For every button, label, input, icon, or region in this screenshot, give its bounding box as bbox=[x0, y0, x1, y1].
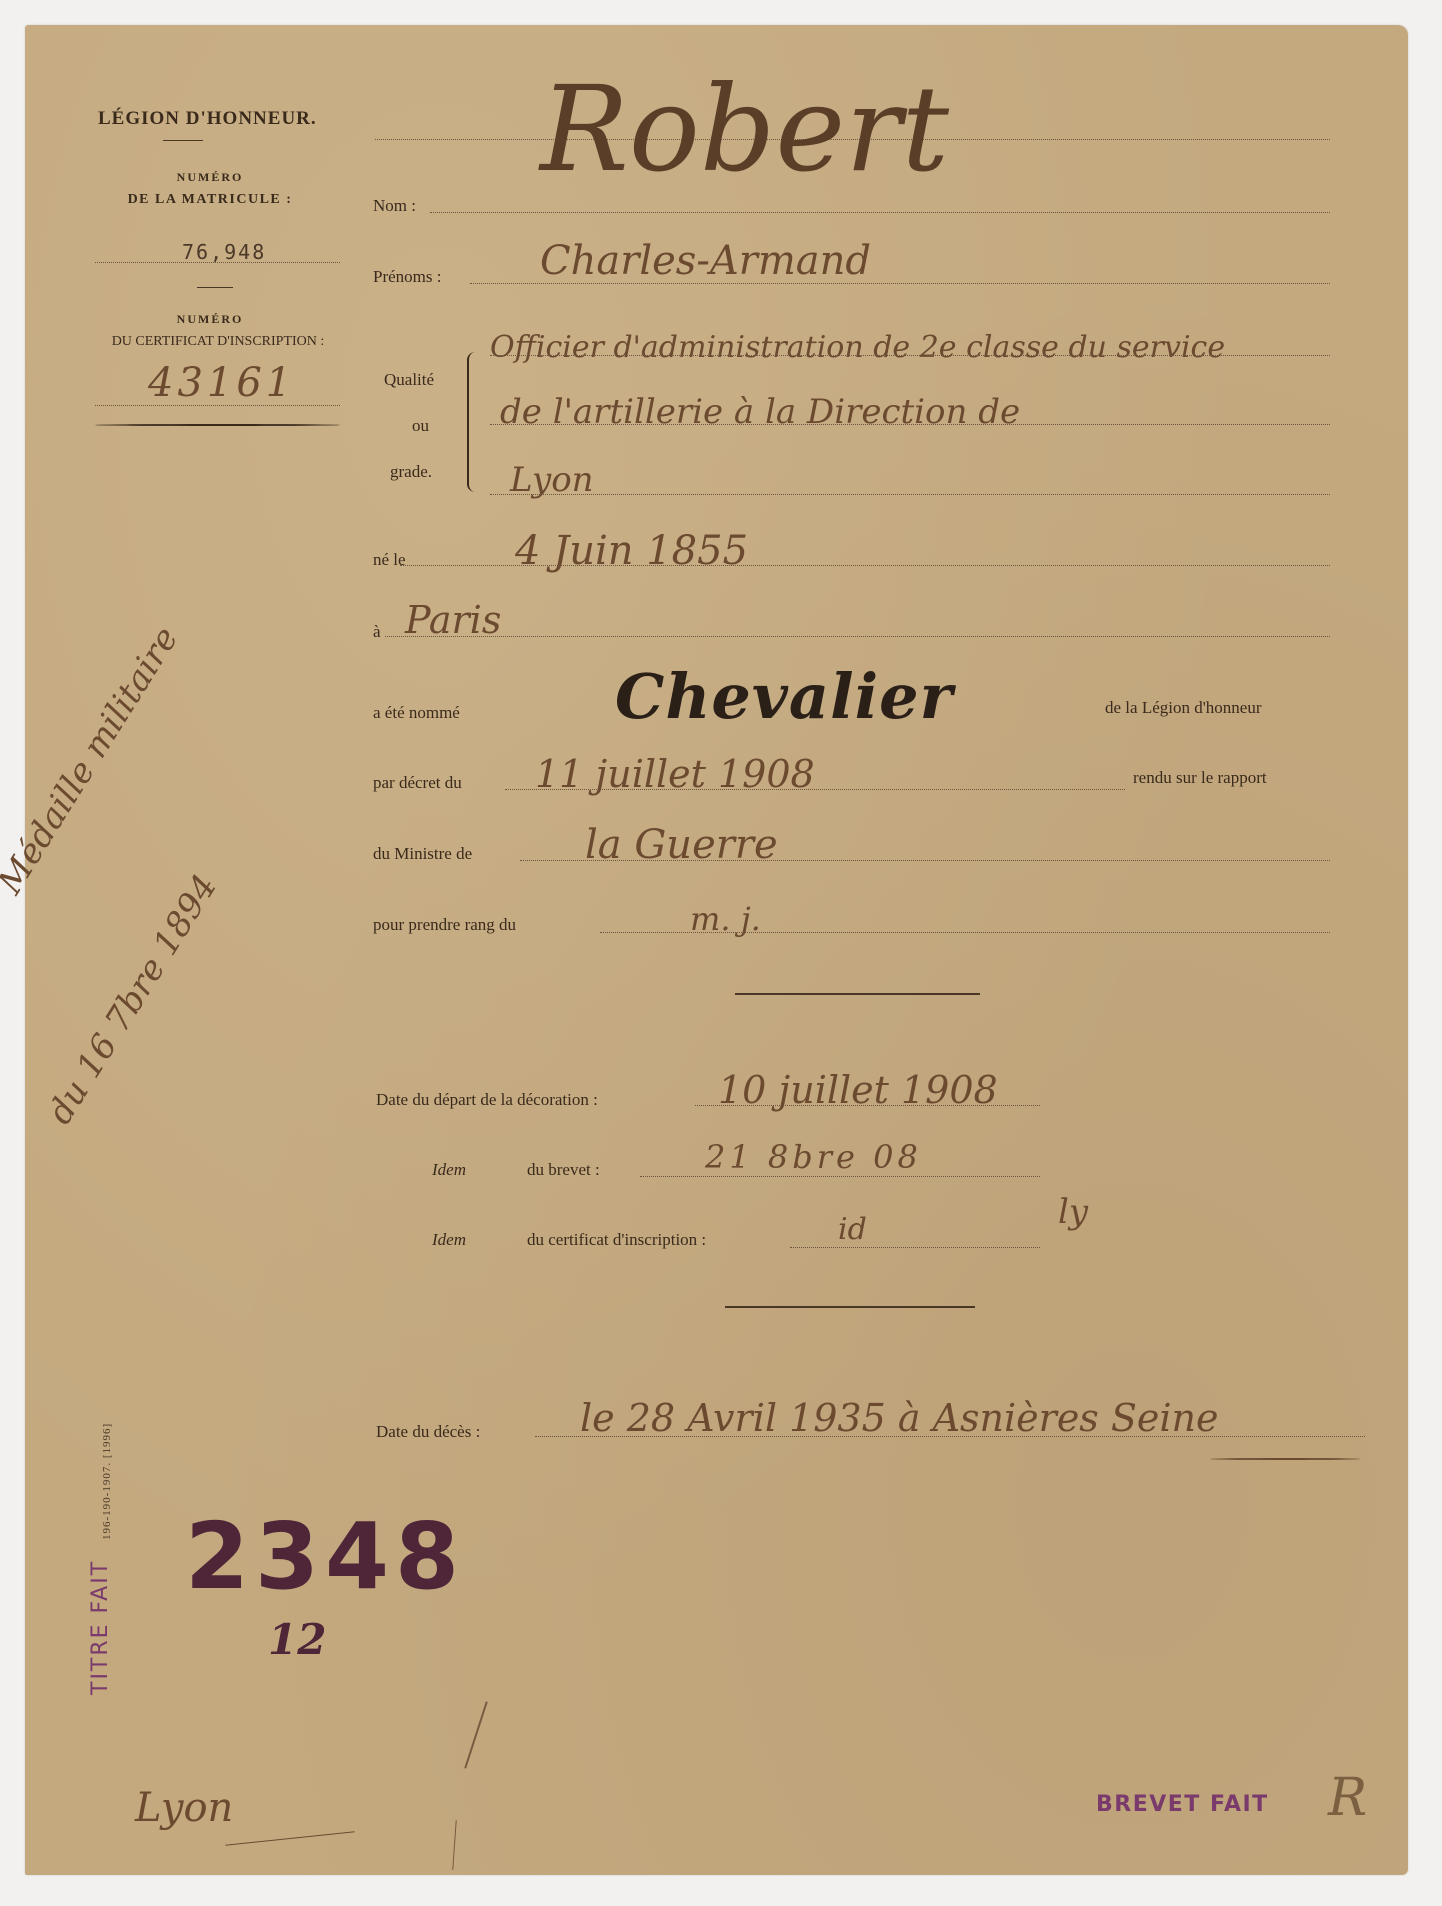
nom-line bbox=[430, 212, 1330, 213]
matricule-divider bbox=[197, 287, 233, 288]
a-label: à bbox=[373, 622, 381, 642]
qualite-value-line2: de l'artillerie à la Direction de bbox=[500, 392, 1020, 432]
qualite-line3 bbox=[490, 494, 1330, 495]
prenoms-line bbox=[470, 283, 1330, 284]
depart-line bbox=[695, 1105, 1040, 1106]
nomination-grade: Chevalier bbox=[615, 660, 953, 733]
certificat-initials: ly bbox=[1058, 1192, 1088, 1232]
qualite-grade-label: grade. bbox=[390, 462, 432, 482]
ne-le-value: 4 Juin 1855 bbox=[515, 528, 748, 574]
prenoms-label: Prénoms : bbox=[373, 267, 441, 287]
matricule-value: 76,948 bbox=[182, 240, 266, 264]
prenoms-value: Charles-Armand bbox=[540, 238, 871, 284]
decret-line bbox=[505, 789, 1125, 790]
title-divider bbox=[163, 140, 203, 141]
certificat-line bbox=[95, 405, 340, 406]
ministre-label: du Ministre de bbox=[373, 844, 472, 864]
matricule-label-line1: NUMÉRO bbox=[110, 170, 310, 185]
qualite-label: Qualité bbox=[384, 370, 434, 390]
deces-label: Date du décès : bbox=[376, 1422, 480, 1442]
certificat-value: 43161 bbox=[148, 360, 295, 406]
decret-label: par décret du bbox=[373, 773, 462, 793]
qualite-ou-label: ou bbox=[412, 416, 429, 436]
brevet-label: du brevet : bbox=[527, 1160, 600, 1180]
nom-value: Robert bbox=[540, 60, 949, 198]
brevet-fait-stamp: BREVET FAIT bbox=[1096, 1792, 1269, 1817]
certificat-label-line1: NUMÉRO bbox=[110, 312, 310, 327]
deces-flourish bbox=[1210, 1458, 1360, 1460]
certificat-label-line2: DU CERTIFICAT D'INSCRIPTION : bbox=[88, 334, 348, 350]
qualite-brace bbox=[467, 352, 477, 492]
section-divider-1 bbox=[735, 993, 980, 995]
certificat-idem: Idem bbox=[432, 1230, 466, 1250]
rang-line bbox=[600, 932, 1330, 933]
certificat-underline bbox=[95, 424, 340, 426]
ne-le-line bbox=[400, 565, 1330, 566]
nomination-prefix: a été nommé bbox=[373, 703, 460, 723]
ministre-value: la Guerre bbox=[585, 822, 778, 868]
titre-fait-stamp: TITRE FAIT bbox=[88, 1560, 113, 1695]
brevet-value: 21 8bre 08 bbox=[705, 1138, 922, 1176]
qualite-line1 bbox=[490, 355, 1330, 356]
ministre-line bbox=[520, 860, 1330, 861]
a-line bbox=[385, 636, 1330, 637]
matricule-label-line2: DE LA MATRICULE : bbox=[100, 192, 320, 208]
brevet-line bbox=[640, 1176, 1040, 1177]
certificat-date-label: du certificat d'inscription : bbox=[527, 1230, 706, 1250]
decret-suffix: rendu sur le rapport bbox=[1133, 768, 1267, 788]
brevet-idem: Idem bbox=[432, 1160, 466, 1180]
signature-initial: R bbox=[1328, 1768, 1367, 1828]
city-note: Lyon bbox=[135, 1785, 233, 1831]
printer-mark: 196-190-1907. [1996] bbox=[101, 1423, 113, 1540]
depart-label: Date du départ de la décoration : bbox=[376, 1090, 598, 1110]
matricule-line bbox=[95, 262, 340, 263]
dossier-number-stamp: 2348 bbox=[185, 1503, 465, 1610]
legion-honneur-title: LÉGION D'HONNEUR. bbox=[98, 108, 317, 130]
section-divider-2 bbox=[725, 1306, 975, 1308]
rang-label: pour prendre rang du bbox=[373, 915, 516, 935]
nom-label: Nom : bbox=[373, 196, 416, 216]
qualite-value-line1: Officier d'administration de 2e classe d… bbox=[490, 330, 1225, 365]
qualite-line2 bbox=[490, 424, 1330, 425]
dossier-sub-number: 12 bbox=[268, 1615, 326, 1664]
certificat-date-value: id bbox=[838, 1212, 867, 1247]
nomination-suffix: de la Légion d'honneur bbox=[1105, 698, 1262, 718]
certificat-date-line bbox=[790, 1247, 1040, 1248]
deces-line bbox=[535, 1436, 1365, 1437]
ne-le-label: né le bbox=[373, 550, 406, 570]
deces-value: le 28 Avril 1935 à Asnières Seine bbox=[580, 1396, 1219, 1440]
